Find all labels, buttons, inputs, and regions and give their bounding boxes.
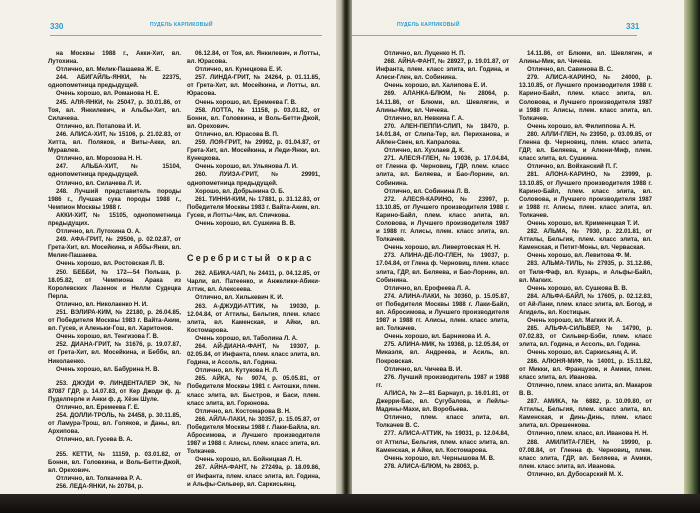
- entry-paragraph: 258. ЛОТТА, № 11158, р. 03.01.82, от Бон…: [187, 107, 320, 131]
- entry-paragraph: Отлично, вл. Савинова В. С.: [519, 66, 652, 74]
- entry-paragraph: 257. ЛИНДА-ГРИТ, № 24264, р. 01.11.85, о…: [187, 74, 320, 98]
- entry-paragraph: 284. АЛЬФА-БАЙЛ, № 17605, р. 02.12.83, о…: [519, 293, 652, 317]
- text-column: на Москвы 1988 г., Акки-Хит, вл. Лутохин…: [48, 50, 181, 491]
- entry-paragraph: Отлично, вл. Потапова И. И.: [48, 123, 181, 131]
- entry-paragraph: Отлично, вл. Невкина Г. А.: [376, 115, 509, 123]
- entry-paragraph: 267. АЙНА-ФАНТ, № 27249а, р. 18.09.86, о…: [187, 464, 320, 488]
- entry-paragraph: 287. АМИКА, № 6882, р. 10.09.80, от Атти…: [519, 398, 652, 430]
- entry-paragraph: 288. АМИЛИТА-ГЛЕН, № 19990, р. 07.08.84,…: [519, 439, 652, 471]
- entry-paragraph: Хорошо, вл. Добрынина О. Б.: [187, 188, 320, 196]
- entry-paragraph: 259. ЛОЯ-ГРИТ, № 29992, р. 01.04.87, от …: [187, 139, 320, 163]
- page-number: 330: [50, 22, 63, 31]
- entry-paragraph: Очень хорошо, вл. Ливертовская Н. Н.: [376, 244, 509, 252]
- entry-paragraph: 272. АЛЕСЯ-КАРИНО, № 23997, р. 13.10.85,…: [376, 196, 509, 245]
- entry-paragraph: 06.12.84, от Тоя, вл. Янкилевич, и Лотты…: [187, 50, 320, 66]
- entry-paragraph: Очень хорошо, вл. Крименецкая Т. И.: [519, 220, 652, 228]
- entry-paragraph: Отлично, вл. Собинина Л. В.: [376, 188, 509, 196]
- running-header: ПУДЕЛЬ КАРЛИКОВЫЙ: [397, 22, 460, 36]
- entry-paragraph: 285. АЛЬФА-СИЛЬВЕР, № 14790, р. 07.02.83…: [519, 325, 652, 349]
- entry-paragraph: Отлично, вл. Силачева Л. И.: [48, 180, 181, 188]
- entry-paragraph: Отлично, вл. Лутохина О. А.: [48, 228, 181, 236]
- entry-paragraph: Очень хорошо, вл. Бабурина Н. В.: [48, 366, 181, 374]
- entry-paragraph: Отлично, вл. Дубосарский М. Х.: [519, 471, 652, 479]
- entry-paragraph: 260. ЛУИЗА-ГРИТ, № 29991, однопометница …: [187, 171, 320, 187]
- entry-paragraph: 245. АЛЯ-ЯНКИ, № 25047, р. 30.01.86, от …: [48, 99, 181, 123]
- entry-paragraph: 256. ЛЕДА-ЯНКИ, № 20784, р.: [48, 483, 181, 491]
- entry-paragraph: 278. АЛИСА-БЛЮМ, № 28063, р.: [376, 463, 509, 471]
- entry-paragraph: Отлично, вл. Толкачева Р. А.: [48, 475, 181, 483]
- book-bottom-shadow: [0, 494, 700, 513]
- page-number: 331: [626, 22, 639, 31]
- header-rule: [50, 35, 322, 36]
- entry-paragraph: Очень хорошо, вл. Барникова И. А.: [376, 333, 509, 341]
- entry-paragraph: на Москвы 1988 г., Акки-Хит, вл. Лутохин…: [48, 50, 181, 66]
- right-page: ПУДЕЛЬ КАРЛИКОВЫЙ 331 Отлично, вл. Луцен…: [352, 0, 686, 494]
- entry-paragraph: 280. АЛЛИ-ГЛЕН, № 23950, р. 03.09.85, от…: [519, 131, 652, 163]
- entry-paragraph: Отлично, вл. Николаенко Н. И.: [48, 301, 181, 309]
- entry-paragraph: 249. АФА-ГРИТ, № 29506, р. 02.02.87, от …: [48, 236, 181, 260]
- entry-paragraph: Очень хорошо, вл. Филиппова А. Н.: [519, 123, 652, 131]
- entry-paragraph: 261. ТИННИ-КИМ, № 17881, р. 31.12.83, от…: [187, 196, 320, 220]
- entry-paragraph: 255. КЕТТИ, № 11159, р. 03.01.82, от Бон…: [48, 451, 181, 475]
- entry-paragraph: Отлично, плем. класс элита, вл. Толкачев…: [376, 414, 509, 430]
- entry-paragraph: 264. АЙ-ДИАНА-ФАНТ, № 19307, р. 02.05.84…: [187, 343, 320, 367]
- entry-paragraph: Очень хорошо, вл. Чернышова М. В.: [376, 455, 509, 463]
- entry-paragraph: 247. АЛЬБА-ХИТ, № 15104, однопометница п…: [48, 163, 181, 179]
- entry-paragraph: Очень хорошо, вл. Магких И. А.: [519, 317, 652, 325]
- entry-paragraph: Очень хорошо, вл. Левитова Ф. М.: [519, 252, 652, 260]
- entry-paragraph: Очень хорошо, вл. Таболина Л. А.: [187, 335, 320, 343]
- entry-paragraph: Очень хорошо, вл. Ульянова Л. И.: [187, 163, 320, 171]
- entry-paragraph: 279. АЛИСА-КАРИНО, № 24000, р. 13.10.85,…: [519, 74, 652, 123]
- entry-paragraph: Отлично, вл. Хилькевич К. И.: [187, 294, 320, 302]
- header-rule: [352, 35, 637, 36]
- entry-paragraph: 274. АЛИНА-ЛАКИ, № 30360, р. 15.05.87, о…: [376, 293, 509, 333]
- entry-paragraph: Очень хорошо, вл. Сушкова В. В.: [519, 285, 652, 293]
- entry-paragraph: Очень хорошо, вл. Тенгизова Г. В.: [48, 333, 181, 341]
- entry-paragraph: 282. АЛЬМА, № 7930, р. 22.01.81, от Атти…: [519, 228, 652, 252]
- entry-paragraph: 254. ДОЛЛИ-ТРОЛЬ, № 24458, р. 30.11.85, …: [48, 412, 181, 436]
- left-page: 330 ПУДЕЛЬ КАРЛИКОВЫЙ на Москвы 1988 г.,…: [0, 0, 340, 494]
- entry-paragraph: 271. АЛЕСЯ-ГЛЕН, № 19036, р. 17.04.84, о…: [376, 155, 509, 187]
- entry-paragraph: 276. Лучший производитель 1987 и 1988 гг…: [376, 374, 509, 390]
- entry-paragraph: 269. АЛАНКА-БЛЮМ, № 28064, р. 14.11.86, …: [376, 90, 509, 114]
- entry-paragraph: Очень хорошо, вл. Романова Н. Е.: [48, 90, 181, 98]
- entry-paragraph: 275. АЛИНА-МИК, № 19368, р. 12.05.84, от…: [376, 341, 509, 365]
- entry-paragraph: 248. Лучший представитель породы 1986 г.…: [48, 188, 181, 212]
- entry-paragraph: АЛИСА, № 2—81 Барнаул, р. 16.01.81, от Д…: [376, 390, 509, 414]
- entry-paragraph: Отлично, вл. Костомарова В. Н.: [187, 408, 320, 416]
- running-header: ПУДЕЛЬ КАРЛИКОВЫЙ: [150, 22, 213, 36]
- entry-paragraph: 281. АЛОНА-КАРИНО, № 23999, р. 13.10.85,…: [519, 171, 652, 220]
- entry-paragraph: Очень хорошо, вл. Еремеева Г. В.: [187, 99, 320, 107]
- entry-paragraph: 265. АЙКА, № 9074, р. 05.05.81, от Побед…: [187, 375, 320, 407]
- section-title: Серебристый окрас: [187, 254, 320, 262]
- entry-paragraph: 262. АБИКА-ЧАП, № 24411, р. 04.12.85, от…: [187, 270, 320, 294]
- entry-paragraph: Отлично, вл. Морозова Н. Н.: [48, 155, 181, 163]
- entry-paragraph: 268. АЙНА-ФАНТ, № 28927, р. 19.01.87, от…: [376, 58, 509, 82]
- entry-paragraph: 266. АЙЛА-ЛАКИ, № 30357, р. 15.05.87, от…: [187, 416, 320, 456]
- text-column: Отлично, вл. Луценко Н. П.268. АЙНА-ФАНТ…: [376, 50, 509, 471]
- entry-paragraph: Отлично, вл. Еремеева Г. Е.: [48, 404, 181, 412]
- entry-paragraph: Очень хорошо, вл. Ростовская Л. В.: [48, 260, 181, 268]
- entry-paragraph: 273. АЛИНА-ДЕ-ЛО-ГЛЕН, № 19037, р. 17.04…: [376, 252, 509, 284]
- entry-paragraph: 252. ДИАНА-ГРИТ, № 31676, р. 19.07.87, о…: [48, 341, 181, 365]
- entry-paragraph: 250. БЕББИ, № 172—54 Польша, р. 18.05.82…: [48, 269, 181, 301]
- entry-paragraph: 263. А-ДЖУДИ-АТТИК, № 19030, р. 12.04.84…: [187, 303, 320, 335]
- entry-paragraph: Отлично, вл. Луценко Н. П.: [376, 50, 509, 58]
- entry-paragraph: 251. ВЭЛИРА-КИМ, № 22180, р. 26.04.85, о…: [48, 309, 181, 333]
- entry-paragraph: 246. АЛИСА-ХИТ, № 15106, р. 21.02.83, от…: [48, 131, 181, 155]
- entry-paragraph: 244. АБИГАЙЛЬ-ЯНКИ, № 22375, однопометни…: [48, 74, 181, 90]
- entry-paragraph: Отлично, вл. Хухлаев Д. К.: [376, 147, 509, 155]
- entry-paragraph: 283. АЛЬМА-ТИЛЬ, № 27935, р. 31.12.86, о…: [519, 260, 652, 284]
- book-page-edges: [684, 0, 700, 513]
- entry-paragraph: Отлично, плем. класс, вл. Иванова Н. Н.: [519, 430, 652, 438]
- text-column: 14.11.86, от Блюми, вл. Шевлягин, и Алин…: [519, 50, 652, 479]
- text-column: 06.12.84, от Тоя, вл. Янкилевич, и Лотты…: [187, 50, 320, 489]
- entry-paragraph: Очень хорошо, вл. Халипова Е. И.: [376, 82, 509, 90]
- entry-paragraph: АККИ-ХИТ, № 15105, однопометница предыду…: [48, 212, 181, 228]
- entry-paragraph: 277. АЛИСА-АТТИК, № 19031, р. 12.04.84, …: [376, 430, 509, 454]
- entry-paragraph: 270. АЛЕН-ПЕППИ-СЛИП, № 18470, р. 14.01.…: [376, 123, 509, 147]
- entry-paragraph: Отлично, плем. класс элита, вл. Макаров …: [519, 382, 652, 398]
- entry-paragraph: 253. ДЖУДИ Ф. ЛИНДЕНТАЛЕР ЭК, № 87087 ГД…: [48, 380, 181, 404]
- entry-paragraph: Отлично, вл. Юрасова В. П.: [187, 131, 320, 139]
- entry-paragraph: 286. АЛЮНЯ-МИФ, № 14001, р. 15.11.82, от…: [519, 358, 652, 382]
- entry-paragraph: Отлично, вл. Войханский П. Г.: [519, 163, 652, 171]
- entry-paragraph: Отлично, вл. Кунецкова Е. И.: [187, 66, 320, 74]
- entry-paragraph: Отлично, вл. Чичева В. И.: [376, 366, 509, 374]
- entry-paragraph: Очень хорошо, вл. Сушкина В. В.: [187, 220, 320, 228]
- entry-paragraph: 14.11.86, от Блюми, вл. Шевлягин, и Алин…: [519, 50, 652, 66]
- entry-paragraph: Очень хорошо, вл. Саркисьянц А. И.: [519, 349, 652, 357]
- entry-paragraph: Отлично, вл. Гусева В. А.: [48, 436, 181, 444]
- entry-paragraph: Отлично, вл. Ерофеева Л. А.: [376, 285, 509, 293]
